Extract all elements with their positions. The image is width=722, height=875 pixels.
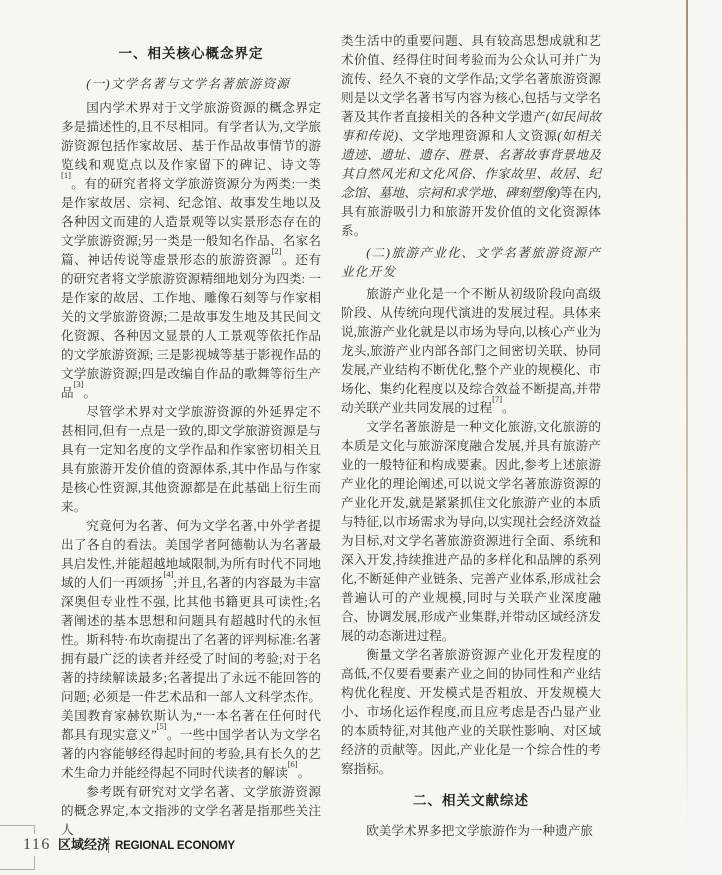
paragraph-consensus: 尽管学术界对文学旅游资源的外延界定不甚相同,但有一点是一致的,即文学旅游资源是与… (61, 403, 321, 517)
paragraph-industrialization: 旅游产业化是一个不断从初级阶段向高级阶段、从传统向现代演进的发展过程。具体来说,… (341, 285, 601, 418)
subsection-heading-1: (一)文学名著与文学名著旅游资源 (61, 75, 321, 94)
citation-superscript: [4] (163, 569, 173, 579)
page-edge-line (686, 0, 688, 830)
citation-superscript: [3] (74, 379, 84, 389)
page-footer: 116 区域经济 REGIONAL ECONOMY (0, 824, 722, 872)
paragraph-concept-definitions: 国内学术界对于文学旅游资源的概念界定多是描述性的,且不尽相同。有学者认为,文学旅… (61, 99, 321, 403)
footer-divider (108, 836, 109, 853)
journal-section-en: REGIONAL ECONOMY (115, 839, 235, 853)
citation-superscript: [2] (272, 246, 282, 256)
journal-section-cn: 区域经济 (58, 837, 110, 853)
right-column: 类生活中的重要问题、具有较高思想成就和艺术价值、经得住时间考验而为公众认可并广为… (341, 32, 601, 841)
paragraph-cultural-tourism: 文学名著旅游是一种文化旅游,文化旅游的本质是文化与旅游深度融合发展,并具有旅游产… (341, 418, 601, 646)
citation-superscript: [5] (157, 721, 167, 731)
subsection-heading-2: (二)旅游产业化、文学名著旅游资源产业化开发 (341, 244, 601, 282)
paragraph-masterpiece-views: 究竟何为名著、何为文学名著,中外学者提出了各自的看法。美国学者阿德勒认为名著最具… (61, 517, 321, 783)
citation-superscript: [6] (288, 759, 298, 769)
paragraph-measurement: 衡量文学名著旅游资源产业化开发程度的高低,不仅要看要素产业之间的协同性和产业结构… (341, 646, 601, 779)
citation-superscript: [7] (492, 394, 502, 404)
section-heading-2: 二、相关文献综述 (341, 791, 601, 810)
left-column: 一、相关核心概念界定 (一)文学名著与文学名著旅游资源 国内学术界对于文学旅游资… (61, 40, 321, 840)
citation-superscript: [1] (61, 170, 71, 180)
page-number: 116 (19, 834, 55, 856)
paragraph-definition-continued: 类生活中的重要问题、具有较高思想成就和艺术价值、经得住时间考验而为公众认可并广为… (341, 32, 601, 241)
section-heading-1: 一、相关核心概念界定 (61, 44, 321, 63)
scan-margin-right (688, 0, 722, 875)
